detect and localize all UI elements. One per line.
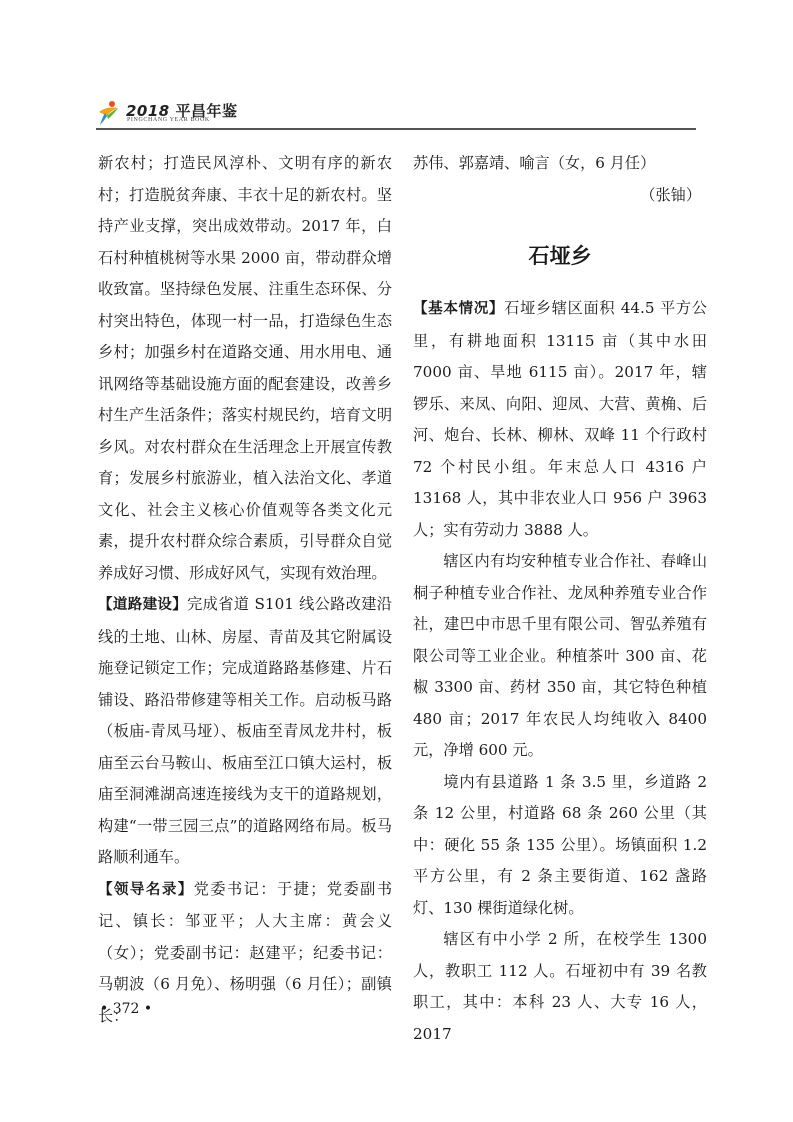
page-header: 2018 平昌年鉴 PINGCHANG YEAR BOOK (96, 98, 696, 130)
section-label-basic: 【基本情况】 (413, 301, 504, 317)
left-column: 新农村；打造民风淳朴、文明有序的新农村；打造脱贫奔康、丰衣十足的新农村。坚持产业… (98, 148, 392, 1032)
paragraph-basic-info: 【基本情况】石垭乡辖区面积 44.5 平方公里，有耕地面积 13115 亩（其中… (413, 293, 707, 546)
header-divider (96, 128, 696, 130)
yearbook-subtitle: PINGCHANG YEAR BOOK (127, 117, 210, 123)
paragraph-industry: 辖区内有均安种植专业合作社、春峰山桐子种植专业合作社、龙凤种养殖专业合作社，建巴… (413, 546, 707, 767)
section-label-leaders: 【领导名录】 (98, 882, 194, 898)
page-number: • 372 • (100, 1001, 152, 1017)
paragraph-new-village: 新农村；打造民风淳朴、文明有序的新农村；打造脱贫奔康、丰衣十足的新农村。坚持产业… (98, 148, 392, 589)
paragraph-schools: 辖区有中小学 2 所，在校学生 1300 人，教职工 112 人。石垭初中有 3… (413, 924, 707, 1050)
section-title: 石垭乡 (413, 241, 707, 271)
yearbook-logo-icon (96, 100, 122, 126)
road-text: 完成省道 S101 线公路改建沿线的土地、山林、房屋、青苗及其它附属设施登记锁定… (98, 595, 392, 866)
paragraph-roads: 境内有县道路 1 条 3.5 里，乡道路 2 条 12 公里，村道路 68 条 … (413, 767, 707, 925)
paragraph-road-construction: 【道路建设】完成省道 S101 线公路改建沿线的土地、山林、房屋、青苗及其它附属… (98, 589, 392, 874)
basic-text: 石垭乡辖区面积 44.5 平方公里，有耕地面积 13115 亩（其中水田 700… (413, 299, 707, 539)
section-label-road: 【道路建设】 (98, 597, 187, 613)
right-column: 苏伟、郭嘉靖、喻言（女，6 月任） （张铀） 石垭乡 【基本情况】石垭乡辖区面积… (413, 148, 707, 1050)
author-credit: （张铀） (413, 180, 707, 212)
leaders-continued: 苏伟、郭嘉靖、喻言（女，6 月任） (413, 148, 707, 180)
